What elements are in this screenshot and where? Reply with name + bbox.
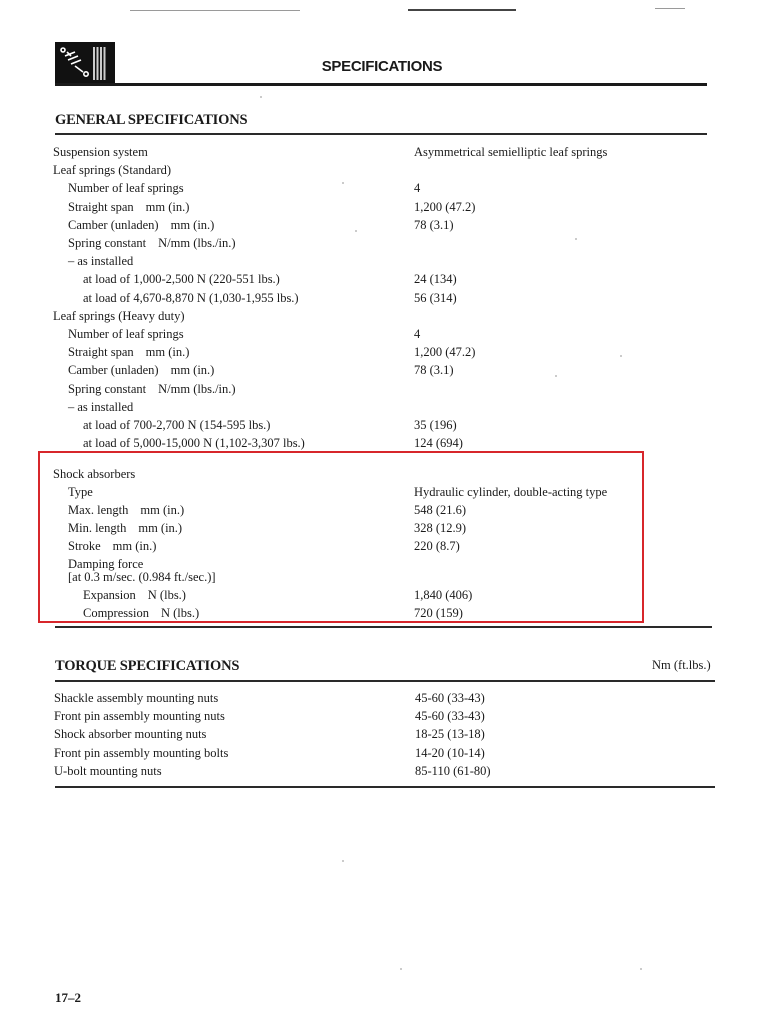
spec-label-text: Stroke bbox=[68, 539, 101, 553]
page-number: 17–2 bbox=[55, 990, 81, 1006]
spec-value: 78 (3.1) bbox=[414, 361, 454, 379]
spec-value: 24 (134) bbox=[414, 270, 457, 288]
spec-value: 18-25 (13-18) bbox=[415, 725, 485, 743]
spec-label: Number of leaf springs bbox=[68, 179, 184, 197]
spec-label-text: at load of 4,670-8,870 N (1,030-1,955 lb… bbox=[83, 291, 299, 305]
spec-label-text: Min. length bbox=[68, 521, 126, 535]
spec-value: Hydraulic cylinder, double-acting type bbox=[414, 483, 607, 501]
spec-value: 1,200 (47.2) bbox=[414, 343, 475, 361]
spec-unit: mm (in.) bbox=[140, 503, 184, 517]
scan-speck bbox=[355, 230, 357, 232]
spec-label-text: Leaf springs (Standard) bbox=[53, 163, 171, 177]
torque-bottom-rule bbox=[55, 786, 715, 788]
spec-unit: mm (in.) bbox=[171, 218, 215, 232]
spec-label: Camber (unladen)mm (in.) bbox=[68, 361, 214, 379]
spec-unit: N/mm (lbs./in.) bbox=[158, 382, 235, 396]
spec-value: 1,840 (406) bbox=[414, 586, 472, 604]
spec-label: Leaf springs (Standard) bbox=[53, 161, 171, 179]
spec-label: Shock absorber mounting nuts bbox=[54, 725, 206, 743]
spec-label-text: at load of 700-2,700 N (154-595 lbs.) bbox=[83, 418, 270, 432]
scan-speck bbox=[640, 968, 642, 970]
spec-unit: mm (in.) bbox=[171, 363, 215, 377]
spec-label-text: Expansion bbox=[83, 588, 136, 602]
table-row: Number of leaf springs4 bbox=[0, 179, 764, 197]
table-row: Camber (unladen)mm (in.)78 (3.1) bbox=[0, 361, 764, 379]
spec-value: 1,200 (47.2) bbox=[414, 198, 475, 216]
spec-label-text: Front pin assembly mounting nuts bbox=[54, 709, 225, 723]
spec-label-text: Front pin assembly mounting bolts bbox=[54, 746, 228, 760]
spec-label: Spring constantN/mm (lbs./in.) bbox=[68, 380, 236, 398]
spec-label: – as installed bbox=[68, 398, 133, 416]
spec-label: Shock absorbers bbox=[53, 465, 135, 483]
spec-label-text: Spring constant bbox=[68, 382, 146, 396]
spec-value: 45-60 (33-43) bbox=[415, 707, 485, 725]
page-title-text: SPECIFICATIONS bbox=[322, 58, 443, 75]
table-row: Shackle assembly mounting nuts45-60 (33-… bbox=[0, 689, 764, 707]
spec-unit: N/mm (lbs./in.) bbox=[158, 236, 235, 250]
table-row: Straight spanmm (in.)1,200 (47.2) bbox=[0, 343, 764, 361]
spec-label-text: at load of 5,000-15,000 N (1,102-3,307 l… bbox=[83, 436, 305, 450]
spec-label-text: – as installed bbox=[68, 254, 133, 268]
spec-label: – as installed bbox=[68, 252, 133, 270]
table-row: at load of 1,000-2,500 N (220-551 lbs.)2… bbox=[0, 270, 764, 288]
scan-speck bbox=[260, 96, 262, 98]
general-heading-rule bbox=[55, 133, 707, 135]
spec-label-text: Shock absorber mounting nuts bbox=[54, 727, 206, 741]
spec-label: Type bbox=[68, 483, 93, 501]
scan-speck bbox=[620, 355, 622, 357]
general-bottom-rule bbox=[55, 626, 712, 628]
top-edge-line bbox=[655, 8, 685, 9]
spec-value: 548 (21.6) bbox=[414, 501, 466, 519]
spec-unit: N (lbs.) bbox=[161, 606, 199, 620]
table-row: at load of 5,000-15,000 N (1,102-3,307 l… bbox=[0, 434, 764, 452]
table-row: – as installed bbox=[0, 398, 764, 416]
spec-label-text: Shackle assembly mounting nuts bbox=[54, 691, 218, 705]
table-row: Spring constantN/mm (lbs./in.) bbox=[0, 380, 764, 398]
spec-label: Number of leaf springs bbox=[68, 325, 184, 343]
spec-value: 56 (314) bbox=[414, 289, 457, 307]
spec-label: Strokemm (in.) bbox=[68, 537, 156, 555]
scan-speck bbox=[342, 860, 344, 862]
table-row: Suspension systemAsymmetrical semiellipt… bbox=[0, 143, 764, 161]
spec-value: 220 (8.7) bbox=[414, 537, 460, 555]
spec-value: 328 (12.9) bbox=[414, 519, 466, 537]
spec-value: 124 (694) bbox=[414, 434, 463, 452]
spec-value: 720 (159) bbox=[414, 604, 463, 622]
spec-label-text: – as installed bbox=[68, 400, 133, 414]
spec-label: U-bolt mounting nuts bbox=[54, 762, 162, 780]
spec-label-text: Max. length bbox=[68, 503, 128, 517]
spec-label-text: Number of leaf springs bbox=[68, 181, 184, 195]
top-edge-line bbox=[130, 10, 300, 11]
table-row: ExpansionN (lbs.)1,840 (406) bbox=[0, 586, 764, 604]
spec-label-text: Suspension system bbox=[53, 145, 148, 159]
table-row: [at 0.3 m/sec. (0.984 ft./sec.)] bbox=[0, 568, 764, 586]
spec-value: 4 bbox=[414, 325, 420, 343]
spec-label: Min. lengthmm (in.) bbox=[68, 519, 182, 537]
spec-unit: mm (in.) bbox=[138, 521, 182, 535]
top-edge-line bbox=[408, 9, 516, 11]
spec-label: at load of 700-2,700 N (154-595 lbs.) bbox=[83, 416, 270, 434]
spec-label-text: Spring constant bbox=[68, 236, 146, 250]
spec-label: Straight spanmm (in.) bbox=[68, 343, 189, 361]
spec-label: Camber (unladen)mm (in.) bbox=[68, 216, 214, 234]
spec-value: 35 (196) bbox=[414, 416, 457, 434]
table-row: TypeHydraulic cylinder, double-acting ty… bbox=[0, 483, 764, 501]
table-row: Strokemm (in.)220 (8.7) bbox=[0, 537, 764, 555]
spec-label: [at 0.3 m/sec. (0.984 ft./sec.)] bbox=[68, 568, 216, 586]
spec-label: Straight spanmm (in.) bbox=[68, 198, 189, 216]
table-row: – as installed bbox=[0, 252, 764, 270]
table-row: Front pin assembly mounting bolts14-20 (… bbox=[0, 744, 764, 762]
table-row: Front pin assembly mounting nuts45-60 (3… bbox=[0, 707, 764, 725]
table-row: Min. lengthmm (in.)328 (12.9) bbox=[0, 519, 764, 537]
table-row: Number of leaf springs4 bbox=[0, 325, 764, 343]
spec-label: ExpansionN (lbs.) bbox=[83, 586, 186, 604]
spec-label-text: Leaf springs (Heavy duty) bbox=[53, 309, 185, 323]
spec-label-text: Straight span bbox=[68, 345, 134, 359]
spec-label: at load of 4,670-8,870 N (1,030-1,955 lb… bbox=[83, 289, 299, 307]
table-row: U-bolt mounting nuts85-110 (61-80) bbox=[0, 762, 764, 780]
spec-label: at load of 5,000-15,000 N (1,102-3,307 l… bbox=[83, 434, 305, 452]
table-row: Max. lengthmm (in.)548 (21.6) bbox=[0, 501, 764, 519]
spec-label-text: Shock absorbers bbox=[53, 467, 135, 481]
spec-label: at load of 1,000-2,500 N (220-551 lbs.) bbox=[83, 270, 280, 288]
spec-label: Suspension system bbox=[53, 143, 148, 161]
spec-label-text: U-bolt mounting nuts bbox=[54, 764, 162, 778]
spec-label-text: Compression bbox=[83, 606, 149, 620]
page-title: SPECIFICATIONS bbox=[0, 58, 764, 75]
spec-value: 78 (3.1) bbox=[414, 216, 454, 234]
spec-unit: N (lbs.) bbox=[148, 588, 186, 602]
table-row: Leaf springs (Standard) bbox=[0, 161, 764, 179]
spec-unit: mm (in.) bbox=[146, 200, 190, 214]
spec-label-text: Number of leaf springs bbox=[68, 327, 184, 341]
scan-speck bbox=[342, 182, 344, 184]
table-row: Spring constantN/mm (lbs./in.) bbox=[0, 234, 764, 252]
spec-label: Leaf springs (Heavy duty) bbox=[53, 307, 185, 325]
table-row: CompressionN (lbs.)720 (159) bbox=[0, 604, 764, 622]
general-specifications-heading: GENERAL SPECIFICATIONS bbox=[55, 112, 247, 129]
table-row: Camber (unladen)mm (in.)78 (3.1) bbox=[0, 216, 764, 234]
spec-value: 85-110 (61-80) bbox=[415, 762, 491, 780]
spec-label: Spring constantN/mm (lbs./in.) bbox=[68, 234, 236, 252]
spec-label-text: Type bbox=[68, 485, 93, 499]
spec-value: 4 bbox=[414, 179, 420, 197]
table-row: at load of 700-2,700 N (154-595 lbs.)35 … bbox=[0, 416, 764, 434]
spec-label-text: Camber (unladen) bbox=[68, 363, 159, 377]
scan-speck bbox=[575, 238, 577, 240]
torque-specifications-heading: TORQUE SPECIFICATIONS bbox=[55, 658, 239, 675]
scan-speck bbox=[555, 375, 557, 377]
table-row: at load of 4,670-8,870 N (1,030-1,955 lb… bbox=[0, 289, 764, 307]
spec-label-text: Camber (unladen) bbox=[68, 218, 159, 232]
spec-label: Front pin assembly mounting bolts bbox=[54, 744, 228, 762]
spec-value: 14-20 (10-14) bbox=[415, 744, 485, 762]
spec-label-text: [at 0.3 m/sec. (0.984 ft./sec.)] bbox=[68, 570, 216, 584]
table-row: Straight spanmm (in.)1,200 (47.2) bbox=[0, 198, 764, 216]
spec-value: 45-60 (33-43) bbox=[415, 689, 485, 707]
torque-heading-rule bbox=[55, 680, 715, 682]
spec-label: CompressionN (lbs.) bbox=[83, 604, 199, 622]
scan-speck bbox=[400, 968, 402, 970]
table-row: Shock absorbers bbox=[0, 465, 764, 483]
spec-unit: mm (in.) bbox=[146, 345, 190, 359]
table-row: Leaf springs (Heavy duty) bbox=[0, 307, 764, 325]
spec-label: Shackle assembly mounting nuts bbox=[54, 689, 218, 707]
torque-unit-label: Nm (ft.lbs.) bbox=[652, 658, 711, 673]
spec-label-text: at load of 1,000-2,500 N (220-551 lbs.) bbox=[83, 272, 280, 286]
table-row: Shock absorber mounting nuts18-25 (13-18… bbox=[0, 725, 764, 743]
spec-label: Front pin assembly mounting nuts bbox=[54, 707, 225, 725]
spec-label-text: Straight span bbox=[68, 200, 134, 214]
spec-unit: mm (in.) bbox=[113, 539, 157, 553]
header-rule bbox=[55, 83, 707, 86]
spec-label: Max. lengthmm (in.) bbox=[68, 501, 184, 519]
spec-value: Asymmetrical semielliptic leaf springs bbox=[414, 143, 607, 161]
